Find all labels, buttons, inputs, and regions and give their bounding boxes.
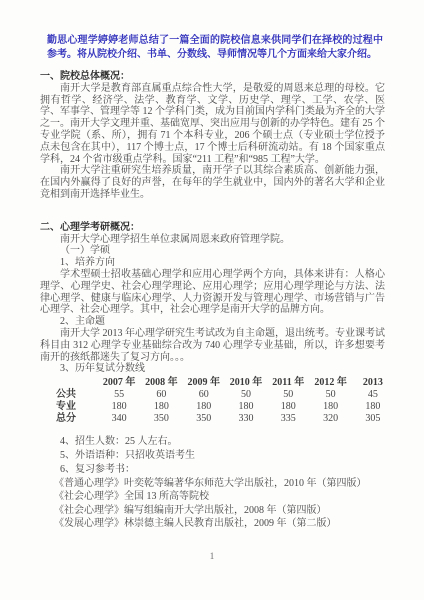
- score-cell: 320: [309, 413, 351, 425]
- score-cell: 50: [267, 389, 309, 401]
- kaoyan-item-3-title: 3、历年复试分数线: [40, 363, 385, 375]
- score-table-year-header: 2010 年: [225, 377, 267, 389]
- intro-paragraph: 勤思心理学婷婷老师总结了一篇全面的院校信息来供同学们在择校的过程中参考。将从院校…: [40, 34, 385, 61]
- overview-paragraph-1: 南开大学是教育部直属重点综合性大学，是敬爱的周恩来总理的母校。它拥有哲学、经济学…: [40, 83, 385, 166]
- score-cell: 180: [98, 401, 140, 413]
- score-cell: 180: [225, 401, 267, 413]
- kaoyan-item-1-text: 学术型硕士招收基础心理学和应用心理学两个方向，具体来讲有：人格心理学、心理学史、…: [40, 269, 385, 316]
- section-overview-title: 一、院校总体概况：: [40, 71, 385, 83]
- score-cell: 180: [309, 401, 351, 413]
- score-cell: 45: [352, 389, 394, 401]
- book-item: 《普通心理学》叶奕乾等编著华东师范大学出版社，2010 年（第四版）: [40, 477, 385, 490]
- score-table-year-header: 2013: [352, 377, 394, 389]
- kaoyan-item-1-title: 1、培养方向: [40, 257, 385, 269]
- score-cell: 335: [267, 413, 309, 425]
- kaoyan-item-5: 5、外语语种：只招收英语考生: [40, 449, 385, 463]
- score-table-year-header: 2012 年: [309, 377, 351, 389]
- score-cell: 60: [140, 389, 182, 401]
- book-item: 《社会心理学》全国 13 所高等院校: [40, 490, 385, 503]
- score-table-year-header: 2007 年: [98, 377, 140, 389]
- score-cell: 180: [352, 401, 394, 413]
- score-table-year-header: 2008 年: [140, 377, 182, 389]
- score-cell: 330: [225, 413, 267, 425]
- score-cell: 180: [140, 401, 182, 413]
- kaoyan-subsection-shuoshi: （一）学硕: [40, 245, 385, 257]
- book-item: 《发展心理学》林崇德主编人民教育出版社，2009 年（第二版）: [40, 517, 385, 530]
- score-cell: 50: [225, 389, 267, 401]
- score-cell: 350: [183, 413, 225, 425]
- score-row-label: 公共: [54, 389, 98, 401]
- score-cell: 180: [183, 401, 225, 413]
- kaoyan-item-2-text: 南开大学 2013 年心理学研究生考试改为自主命题，退出统考。专业课考试科目由 …: [40, 328, 385, 363]
- score-cell: 60: [183, 389, 225, 401]
- score-cell: 50: [309, 389, 351, 401]
- kaoyan-affiliation: 南开大学心理学招生单位隶属周恩来政府管理学院。: [40, 234, 385, 246]
- reference-book-list: 《普通心理学》叶奕乾等编著华东师范大学出版社，2010 年（第四版） 《社会心理…: [40, 477, 385, 530]
- kaoyan-items: 4、招生人数：25 人左右。 5、外语语种：只招收英语考生 6、复习参考书：: [40, 435, 385, 477]
- score-table-corner: [54, 377, 98, 389]
- score-cell: 55: [98, 389, 140, 401]
- kaoyan-item-2-title: 2、主命题: [40, 316, 385, 328]
- score-cell: 350: [140, 413, 182, 425]
- score-row-label: 总分: [54, 413, 98, 425]
- score-table-year-header: 2011 年: [267, 377, 309, 389]
- kaoyan-item-4: 4、招生人数：25 人左右。: [40, 435, 385, 449]
- score-row-label: 专业: [54, 401, 98, 413]
- score-line-table: 2007 年 2008 年 2009 年 2010 年 2011 年 2012 …: [54, 377, 394, 425]
- section-kaoyan-title: 二、心理学考研概况：: [40, 222, 385, 234]
- overview-paragraph-2: 南开大学注重研究生培养质量，南开学子以其综合素质高、创新能力强，在国内外赢得了良…: [40, 165, 385, 200]
- score-table-year-header: 2009 年: [183, 377, 225, 389]
- page-number: 1: [0, 551, 424, 562]
- book-item: 《社会心理学》编写组编南开大学出版社，2008 年（第四版）: [40, 504, 385, 517]
- document-page: 勤思心理学婷婷老师总结了一篇全面的院校信息来供同学们在择校的过程中参考。将从院校…: [0, 0, 424, 600]
- score-cell: 305: [352, 413, 394, 425]
- kaoyan-item-6: 6、复习参考书：: [40, 463, 385, 477]
- score-cell: 180: [267, 401, 309, 413]
- score-cell: 340: [98, 413, 140, 425]
